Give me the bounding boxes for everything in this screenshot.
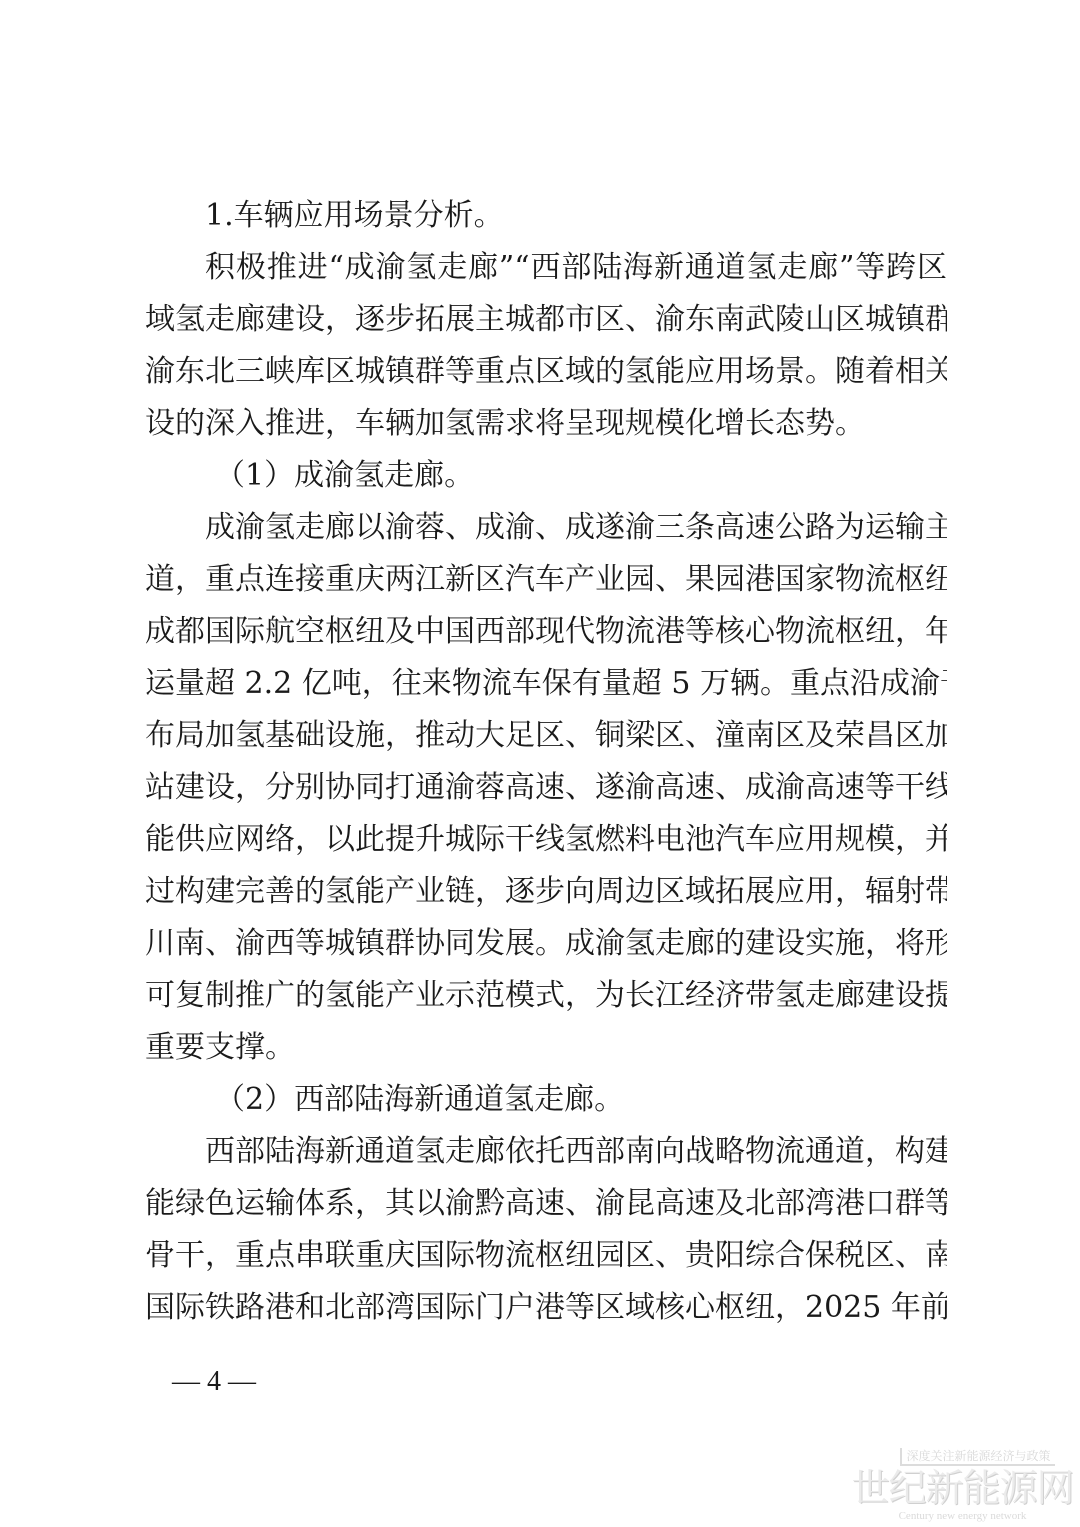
document-page: 1.车辆应用场景分析。 积极推进“成渝氢走廊”“西部陆海新通道氢走廊”等跨区 域… [145,190,947,1334]
paragraph-line: 重要支撑。 [145,1022,947,1074]
watermark-subtitle: Century new energy network [850,1510,1075,1522]
section-heading: 1.车辆应用场景分析。 [145,190,947,242]
paragraph-line: 域氢走廊建设，逐步拓展主城都市区、渝东南武陵山区城镇群、 [145,294,947,346]
subsection-heading: （1）成渝氢走廊。 [145,450,947,502]
paragraph-line: 渝东北三峡库区城镇群等重点区域的氢能应用场景。随着相关建 [145,346,947,398]
watermark-logo: 深度关注新能源经济与政策 世纪新能源网 Century new energy n… [850,1445,1075,1525]
paragraph-line: 运量超 2.2 亿吨，往来物流车保有量超 5 万辆。重点沿成渝干线 [145,658,947,710]
page-number: — 4 — [172,1362,256,1402]
watermark-tagline: 深度关注新能源经济与政策 [900,1448,1054,1466]
subsection-heading: （2）西部陆海新通道氢走廊。 [145,1074,947,1126]
paragraph-line: 积极推进“成渝氢走廊”“西部陆海新通道氢走廊”等跨区 [145,242,947,294]
paragraph-line: 道，重点连接重庆两江新区汽车产业园、果园港国家物流枢纽、 [145,554,947,606]
paragraph-line: 成都国际航空枢纽及中国西部现代物流港等核心物流枢纽，年货 [145,606,947,658]
paragraph-line: 站建设，分别协同打通渝蓉高速、遂渝高速、成渝高速等干线氢 [145,762,947,814]
paragraph-line: 成渝氢走廊以渝蓉、成渝、成遂渝三条高速公路为运输主干 [145,502,947,554]
paragraph-line: 可复制推广的氢能产业示范模式，为长江经济带氢走廊建设提供 [145,970,947,1022]
paragraph-line: 能供应网络，以此提升城际干线氢燃料电池汽车应用规模，并通 [145,814,947,866]
paragraph-line: 骨干，重点串联重庆国际物流枢纽园区、贵阳综合保税区、南宁 [145,1230,947,1282]
paragraph-line: 能绿色运输体系，其以渝黔高速、渝昆高速及北部湾港口群等为 [145,1178,947,1230]
paragraph-line: 布局加氢基础设施，推动大足区、铜梁区、潼南区及荣昌区加氢 [145,710,947,762]
paragraph-line: 国际铁路港和北部湾国际门户港等区域核心枢纽，2025 年前三 [145,1282,947,1334]
paragraph-line: 过构建完善的氢能产业链，逐步向周边区域拓展应用，辐射带动 [145,866,947,918]
paragraph-line: 川南、渝西等城镇群协同发展。成渝氢走廊的建设实施，将形成 [145,918,947,970]
watermark-title: 世纪新能源网 [850,1466,1075,1510]
paragraph-line: 设的深入推进，车辆加氢需求将呈现规模化增长态势。 [145,398,947,450]
paragraph-line: 西部陆海新通道氢走廊依托西部南向战略物流通道，构建氢 [145,1126,947,1178]
